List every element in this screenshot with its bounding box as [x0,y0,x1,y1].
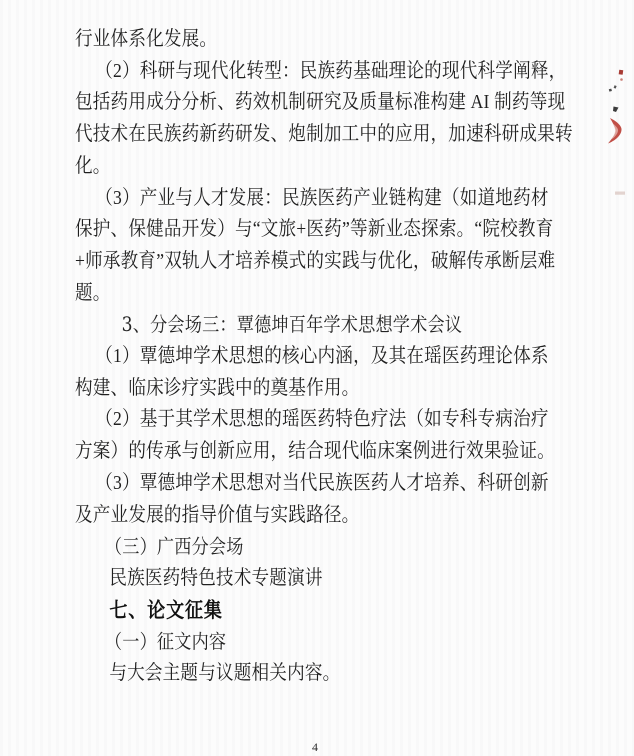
doc-heading-paper-collection: 七、论文征集 [75,595,555,627]
doc-line: 保护、保健品开发）与“文旅+医药”等新业态探索。“院校教育 [75,214,555,246]
doc-line: （3）覃德坤学术思想对当代民族医药人才培养、科研创新 [75,468,555,500]
doc-line: 方案）的传承与创新应用，结合现代临床案例进行效果验证。 [75,436,555,468]
doc-line: （2）基于其学术思想的瑶医药特色疗法（如专科专病治疗 [75,404,555,436]
doc-heading-session3: 3、分会场三：覃德坤百年学术思想学术会议 [75,309,555,341]
scanned-document-page: 行业体系化发展。 （2）科研与现代化转型：民族药基础理论的现代科学阐释， 包括药… [0,0,634,756]
page-number: 4 [0,740,630,755]
document-body: 行业体系化发展。 （2）科研与现代化转型：民族药基础理论的现代科学阐释， 包括药… [75,24,620,690]
doc-line: 与大会主题与议题相关内容。 [75,658,555,690]
doc-heading-guangxi-session: （三）广西分会场 [75,531,555,563]
doc-line: +师承教育”双轨人才培养模式的实践与优化，破解传承断层难 [75,246,555,278]
doc-line: （2）科研与现代化转型：民族药基础理论的现代科学阐释， [75,56,555,88]
red-speck-mark-icon [620,78,623,81]
doc-line: 化。 [75,151,555,183]
doc-heading-paper-content: （一）征文内容 [75,626,555,658]
doc-line: 行业体系化发展。 [75,24,555,56]
doc-line: 题。 [75,278,555,310]
doc-line: 构建、临床诊疗实践中的奠基作用。 [75,373,555,405]
doc-line: 代技术在民族药新药研发、炮制加工中的应用，加速科研成果转 [75,119,555,151]
doc-line: 包括药用成分分析、药效机制研究及质量标准构建 AI 制药等现 [75,87,555,119]
doc-line: （3）产业与人才发展：民族医药产业链构建（如道地药材 [75,183,555,215]
doc-line: 民族医药特色技术专题演讲 [75,563,555,595]
doc-line: 及产业发展的指导价值与实践路径。 [75,500,555,532]
doc-line: （1）覃德坤学术思想的核心内涵，及其在瑶医药理论体系 [75,341,555,373]
